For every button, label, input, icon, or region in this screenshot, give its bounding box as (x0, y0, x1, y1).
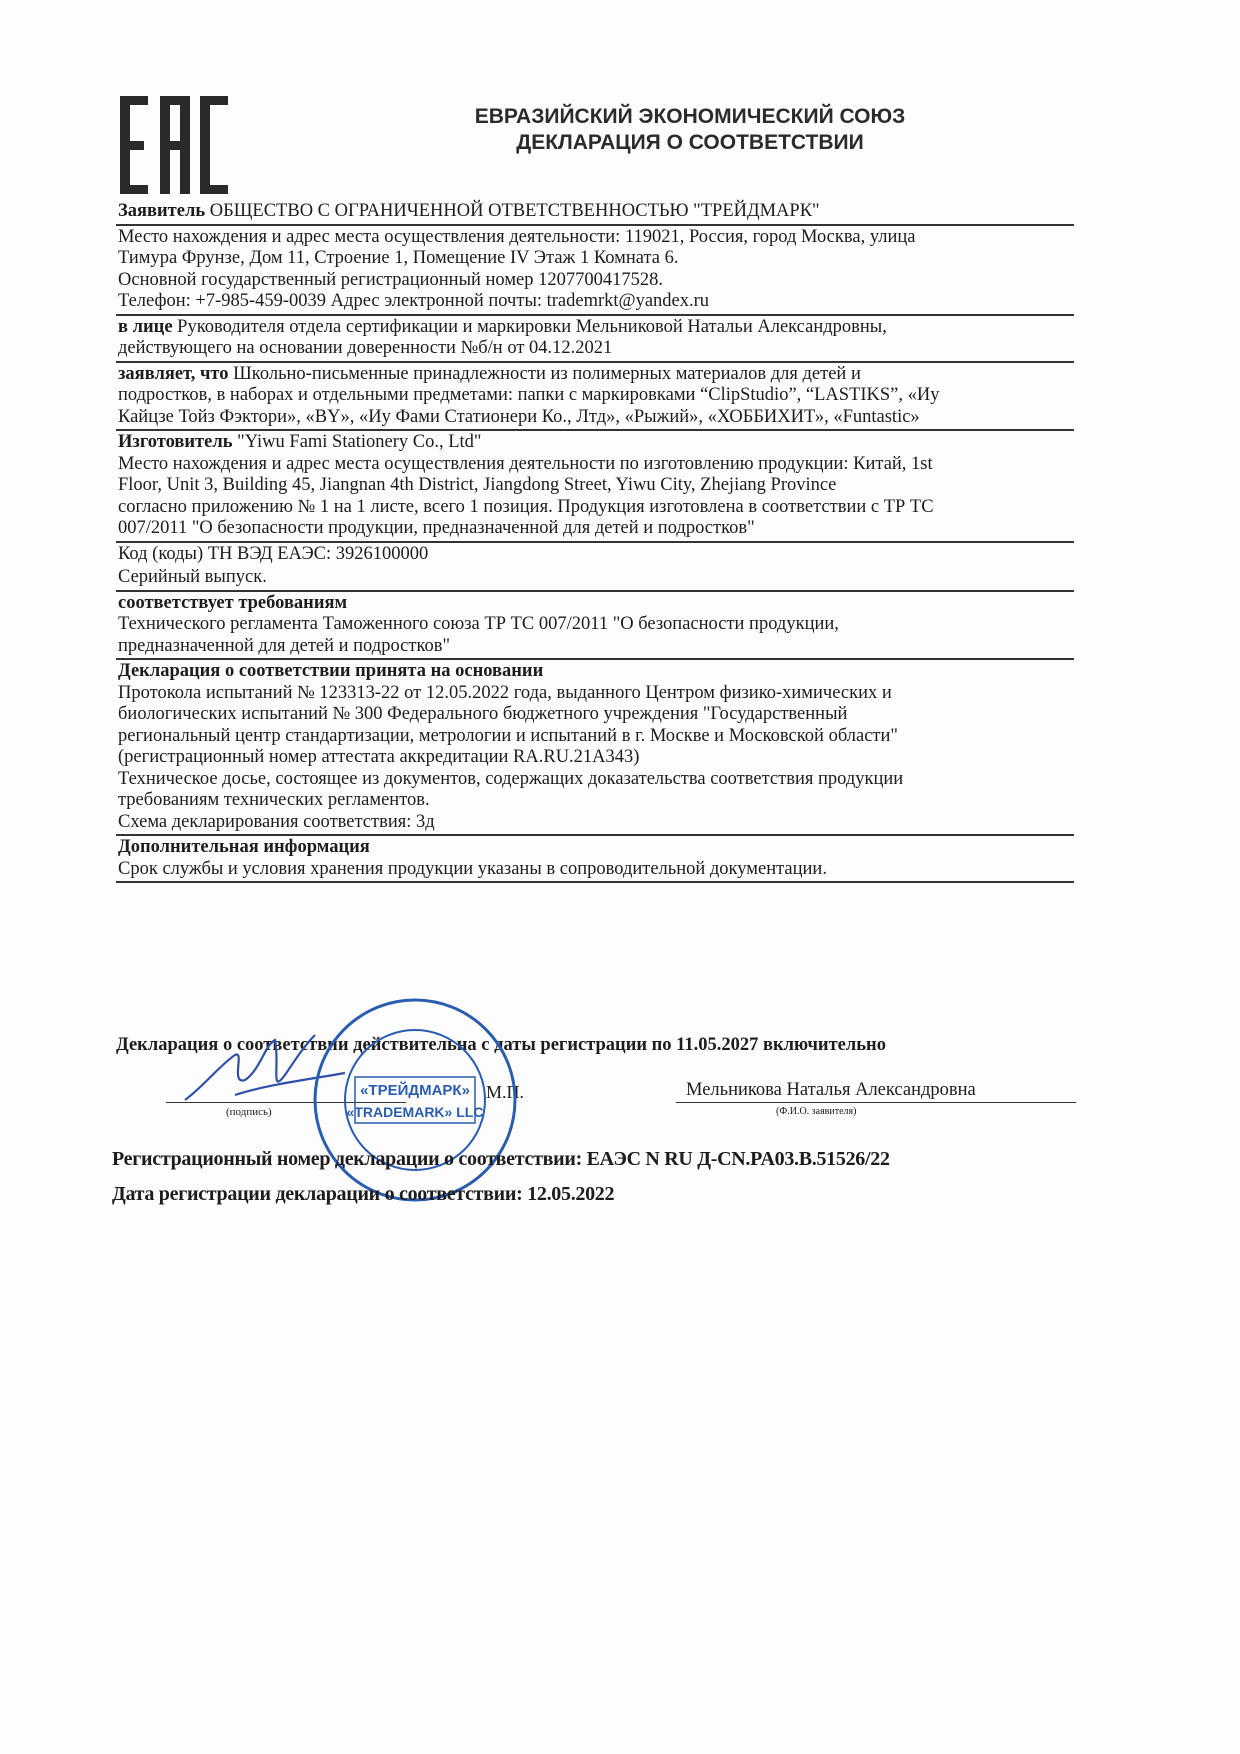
applicant-ogrn: Основной государственный регистрационный… (118, 270, 1074, 292)
eac-letter-a (160, 96, 190, 194)
registration-date: 12.05.2022 (527, 1183, 614, 1205)
conforms-label: соответствует требованиям (118, 593, 347, 613)
basis-line-1: Протокола испытаний № 123313-22 от 12.05… (118, 683, 1074, 705)
manufacturer-name: "Yiwu Fami Stationery Co., Ltd" (233, 432, 482, 452)
registration-number: ЕАЭС N RU Д-CN.PA03.B.51526/22 (587, 1148, 890, 1170)
basis-line-4: (регистрационный номер аттестата аккреди… (118, 747, 1074, 769)
signatory-full-name: Мельникова Наталья Александровна (686, 1080, 976, 1101)
declares-section: заявляет, что Школьно-письменные принадл… (116, 363, 1074, 432)
basis-scheme: Схема декларирования соответствия: 3д (118, 812, 1074, 834)
manufacturer-line-1: Место нахождения и адрес места осуществл… (118, 454, 1074, 476)
svg-text:«ТРЕЙДМАРК»: «ТРЕЙДМАРК» (360, 1081, 470, 1099)
applicant-contacts: Телефон: +7-985-459-0039 Адрес электронн… (118, 291, 1074, 313)
basis-line-6: требованиям технических регламентов. (118, 790, 1074, 812)
registration-number-row: Регистрационный номер декларации о соотв… (112, 1148, 890, 1171)
basis-line-5: Техническое досье, состоящее из документ… (118, 769, 1074, 791)
registration-number-label: Регистрационный номер декларации о соотв… (112, 1148, 587, 1170)
header-union-title: ЕВРАЗИЙСКИЙ ЭКОНОМИЧЕСКИЙ СОЮЗ (420, 104, 960, 130)
representative-line-1: Руководителя отдела сертификации и марки… (173, 317, 887, 337)
representative-line-2: действующего на основании доверенности №… (118, 338, 1074, 360)
applicant-name: ОБЩЕСТВО С ОГРАНИЧЕННОЙ ОТВЕТСТВЕННОСТЬЮ… (205, 201, 819, 221)
additional-info-text: Срок службы и условия хранения продукции… (118, 859, 1074, 881)
applicant-address-line-2: Тимура Фрунзе, Дом 11, Строение 1, Помещ… (118, 248, 1074, 270)
eac-letter-e (120, 96, 150, 194)
basis-line-2: биологических испытаний № 300 Федерально… (118, 704, 1074, 726)
additional-info-label: Дополнительная информация (118, 837, 370, 857)
full-name-caption: (Ф.И.О. заявителя) (776, 1106, 856, 1117)
eac-letter-c (200, 96, 230, 194)
registration-date-row: Дата регистрации декларации о соответств… (112, 1183, 614, 1206)
manufacturer-label: Изготовитель (118, 432, 233, 452)
manufacturer-section: Изготовитель "Yiwu Fami Stationery Co., … (116, 431, 1074, 543)
declares-line-2: подростков, в наборах и отдельными предм… (118, 385, 1074, 407)
conforms-line-2: предназначенной для детей и подростков" (118, 636, 1074, 658)
declares-label: заявляет, что (118, 364, 229, 384)
registration-date-label: Дата регистрации декларации о соответств… (112, 1183, 527, 1205)
applicant-details-section: Место нахождения и адрес места осуществл… (116, 226, 1074, 316)
document-header: ЕВРАЗИЙСКИЙ ЭКОНОМИЧЕСКИЙ СОЮЗ ДЕКЛАРАЦИ… (420, 104, 960, 156)
applicant-address-line-1: Место нахождения и адрес места осуществл… (118, 227, 1074, 249)
serial-production: Серийный выпуск. (118, 567, 1074, 589)
serial-section: Серийный выпуск. (116, 566, 1074, 592)
representative-label: в лице (118, 317, 173, 337)
conforms-line-1: Технического регламента Таможенного союз… (118, 614, 1074, 636)
basis-section: Декларация о соответствии принята на осн… (116, 660, 1074, 836)
manufacturer-line-2: Floor, Unit 3, Building 45, Jiangnan 4th… (118, 475, 1074, 497)
hs-code-section: Код (коды) ТН ВЭД ЕАЭС: 3926100000 (116, 543, 1074, 567)
manufacturer-line-4: 007/2011 "О безопасности продукции, пред… (118, 518, 1074, 540)
declares-line-1: Школьно-письменные принадлежности из пол… (229, 364, 861, 384)
applicant-label: Заявитель (118, 201, 205, 221)
basis-label: Декларация о соответствии принята на осн… (118, 661, 543, 681)
hs-code: Код (коды) ТН ВЭД ЕАЭС: 3926100000 (118, 544, 1074, 566)
svg-text:«TRADEMARK» LLC: «TRADEMARK» LLC (347, 1104, 484, 1120)
declaration-body: Заявитель ОБЩЕСТВО С ОГРАНИЧЕННОЙ ОТВЕТС… (116, 200, 1074, 883)
company-seal-icon: «ТРЕЙДМАРК» «TRADEMARK» LLC (300, 995, 530, 1205)
applicant-title-section: Заявитель ОБЩЕСТВО С ОГРАНИЧЕННОЙ ОТВЕТС… (116, 200, 1074, 226)
manufacturer-line-3: согласно приложению № 1 на 1 листе, всег… (118, 497, 1074, 519)
additional-info-section: Дополнительная информация Срок службы и … (116, 836, 1074, 883)
representative-section: в лице Руководителя отдела сертификации … (116, 316, 1074, 363)
declares-line-3: Кайцзе Тойз Фэктори», «BY», «Иу Фами Ста… (118, 407, 1074, 429)
declaration-page: ЕВРАЗИЙСКИЙ ЭКОНОМИЧЕСКИЙ СОЮЗ ДЕКЛАРАЦИ… (0, 0, 1240, 1754)
basis-line-3: региональный центр стандартизации, метро… (118, 726, 1074, 748)
conforms-section: соответствует требованиям Технического р… (116, 592, 1074, 661)
header-document-title: ДЕКЛАРАЦИЯ О СООТВЕТСТВИИ (420, 130, 960, 156)
full-name-line (676, 1102, 1076, 1103)
eac-mark-icon (120, 96, 232, 194)
